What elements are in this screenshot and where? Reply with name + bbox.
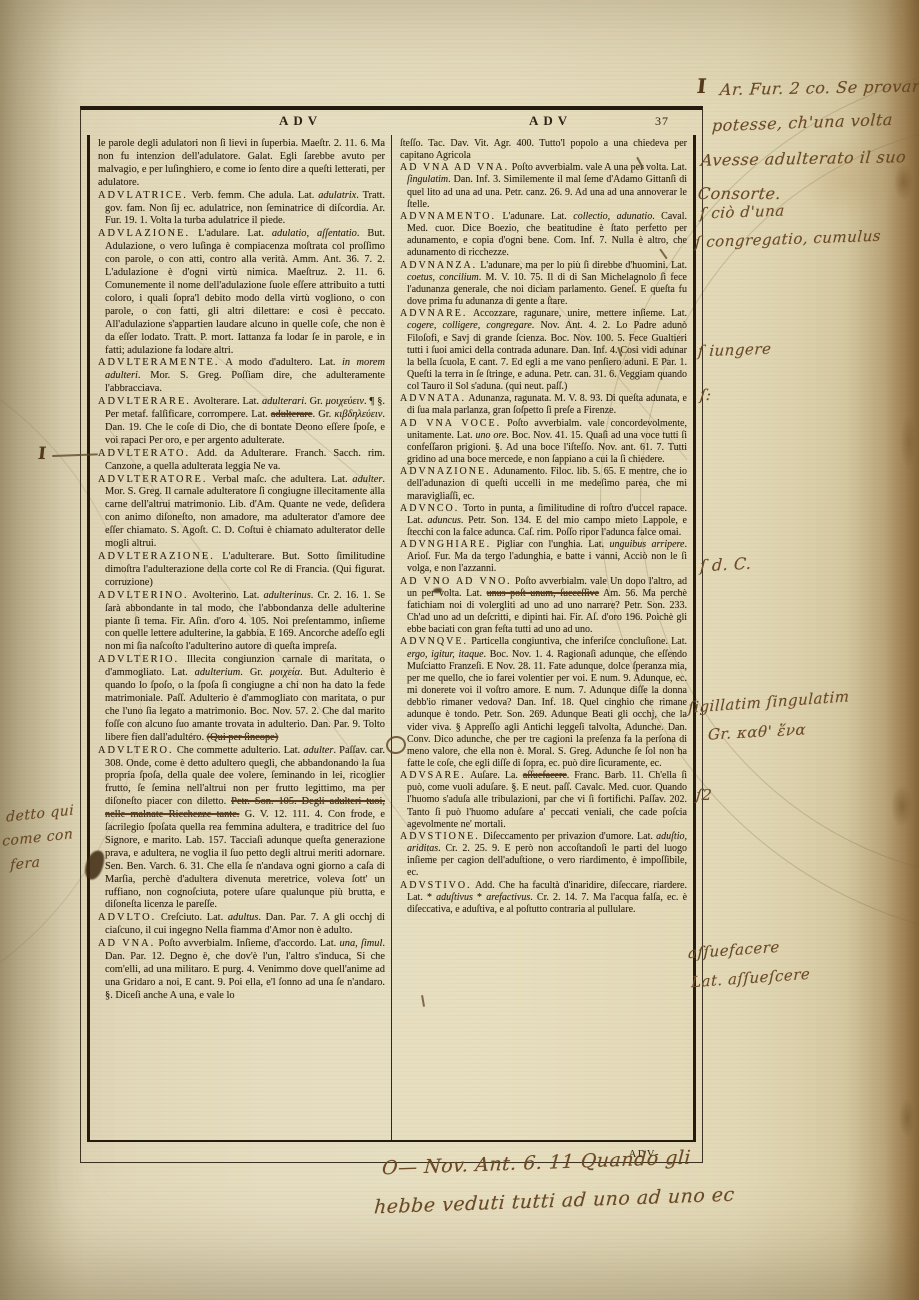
entry-headword: ADVLAZIONE. xyxy=(98,228,190,239)
running-head-right: ADV xyxy=(529,113,572,129)
text-block: le parole degli adulatori non ſi lievi i… xyxy=(87,135,696,1142)
entry-headword: AD VNA AD VNA. xyxy=(400,162,509,173)
entry-headword: ADVNATA. xyxy=(400,393,466,404)
printed-text-frame: ADV ADV 37 le parole degli adulatori non… xyxy=(80,106,703,1163)
dictionary-entry: ADVLTO. Creſciuto. Lat. adultus. Dan. Pa… xyxy=(98,912,385,938)
handwritten-note: Lat. aſſueſcere xyxy=(691,965,811,991)
handwritten-note: ſ iungere xyxy=(697,340,772,361)
handwritten-note: ſigillatim ſingulatim xyxy=(688,687,850,716)
dictionary-entry: ADVLTERINO. Avolterino. Lat. adulterinus… xyxy=(98,590,385,655)
entry-headword: ADVLTERAZIONE. xyxy=(98,551,215,562)
dictionary-entry: ADVNARE. Accozzare, ragunare, unire, met… xyxy=(400,308,687,393)
dictionary-entry: ADVLTERAMENTE. A modo d'adultero. Lat. i… xyxy=(98,357,385,396)
entry-headword: AD VNO AD VNO. xyxy=(400,576,512,587)
entry-headword: AD VNA. xyxy=(98,938,155,949)
entry-headword: ADVLTERARE. xyxy=(98,396,191,407)
handwritten-note: potesse, ch'una volta xyxy=(711,110,893,135)
binding-shadow xyxy=(0,0,85,1300)
entry-headword: ADVNARE. xyxy=(400,308,467,319)
dictionary-entry: ADVSARE. Auſare. La. aſſuefacere. Franc.… xyxy=(400,770,687,831)
dictionary-entry: ſteſſo. Tac. Dav. Vit. Agr. 400. Tutto'l… xyxy=(400,138,687,162)
entry-headword: ADVSTIONE. xyxy=(400,831,480,842)
page-edge xyxy=(885,0,919,1300)
entry-headword: ADVLTERATO. xyxy=(98,448,190,459)
entry-headword: ADVNQVE. xyxy=(400,636,468,647)
dictionary-entry: ADVNQVE. Particella congiuntiva, che inf… xyxy=(400,636,687,770)
entry-headword: ADVLTO. xyxy=(98,912,156,923)
entry-headword: ADVSTIVO. xyxy=(400,880,472,891)
column-right: ſteſſo. Tac. Dav. Vit. Agr. 400. Tutto'l… xyxy=(392,135,693,1140)
dictionary-entry: ADVSTIONE. Diſeccamento per privazion d'… xyxy=(400,831,687,880)
dictionary-entry: AD VNA. Poſto avverbialm. Inſieme, d'acc… xyxy=(98,938,385,1003)
catchword: ADV- xyxy=(629,1149,660,1160)
entry-headword: ADVSARE. xyxy=(400,770,466,781)
dictionary-entry: ADVLATRICE. Verb. femm. Che adula. Lat. … xyxy=(98,190,385,229)
entry-headword: ADVLTERATORE. xyxy=(98,474,207,485)
entry-headword: ADVLTERINO. xyxy=(98,590,189,601)
entry-headword: ADVNAMENTO. xyxy=(400,211,496,222)
page-number: 37 xyxy=(655,114,669,129)
dictionary-entry: AD VNO AD VNO. Poſto avverbialm. vale Un… xyxy=(400,576,687,637)
dictionary-entry: ADVNAMENTO. L'adunare. Lat. collectio, a… xyxy=(400,211,687,260)
handwritten-note: ſ d. C. xyxy=(700,554,753,576)
handwritten-note: Avesse adulterato il suo xyxy=(700,147,907,170)
entry-headword: ADVNCO. xyxy=(400,503,459,514)
handwritten-note: ſ ciò d'una xyxy=(699,201,785,222)
entry-headword: ADVNANZA. xyxy=(400,260,477,271)
entry-headword: ADVNAZIONE. xyxy=(400,466,491,477)
running-head-left: ADV xyxy=(279,113,322,129)
dictionary-entry: ADVNGHIARE. Pigliar con l'unghia. Lat. u… xyxy=(400,539,687,575)
handwritten-note: hebbe veduti tutti ad uno ad uno ec xyxy=(373,1184,735,1219)
dictionary-entry: le parole degli adulatori non ſi lievi i… xyxy=(98,138,385,190)
column-left: le parole degli adulatori non ſi lievi i… xyxy=(90,135,392,1140)
entry-headword: ADVLTERAMENTE. xyxy=(98,357,219,368)
handwritten-note: Gr. καθ' ἕνα xyxy=(708,720,807,743)
dictionary-entry: ADVNAZIONE. Adunamento. Filoc. lib. 5. 6… xyxy=(400,466,687,502)
dictionary-entry: ADVNATA. Adunanza, ragunata. M. V. 8. 93… xyxy=(400,393,687,417)
scanned-page: ADV ADV 37 le parole degli adulatori non… xyxy=(0,0,919,1300)
entry-headword: ADVLATRICE. xyxy=(98,190,188,201)
paper-stain xyxy=(800,140,890,220)
dictionary-entry: ADVNCO. Torto in punta, a ſimilitudine d… xyxy=(400,503,687,539)
handwritten-note: I xyxy=(696,74,708,98)
running-head: ADV ADV 37 xyxy=(81,113,702,133)
dictionary-entry: ADVLTERARE. Avolterare. Lat. adulterari.… xyxy=(98,396,385,448)
dictionary-entry: ADVLTERAZIONE. L'adulterare. But. Sotto … xyxy=(98,551,385,590)
dictionary-entry: ADVLTERATO. Add. da Adulterare. Franch. … xyxy=(98,448,385,474)
dictionary-entry: ADVSTIVO. Add. Che ha facultà d'inaridir… xyxy=(400,880,687,916)
dictionary-entry: ADVLTERIO. Illecita congiunzion carnale … xyxy=(98,654,385,744)
dictionary-entry: ADVLTERATORE. Verbal maſc. che adultera.… xyxy=(98,474,385,551)
entry-headword: ADVLTERIO. xyxy=(98,654,179,665)
dictionary-entry: ADVNANZA. L'adunare, ma per lo più ſi di… xyxy=(400,260,687,309)
entry-headword: AD VNA VOCE. xyxy=(400,418,501,429)
dictionary-entry: AD VNA AD VNA. Poſto avverbialm. vale A … xyxy=(400,162,687,211)
entry-headword: ADVLTERO. xyxy=(98,745,174,756)
dictionary-entry: AD VNA VOCE. Poſto avverbialm. vale conc… xyxy=(400,418,687,467)
entry-headword: ADVNGHIARE. xyxy=(400,539,491,550)
dictionary-entry: ADVLTERO. Che commette adulterio. Lat. a… xyxy=(98,745,385,913)
handwritten-note: ſ congregatio, cumulus xyxy=(694,227,881,252)
dictionary-entry: ADVLAZIONE. L'adulare. Lat. adulatio, aſ… xyxy=(98,228,385,357)
handwritten-note: Consorte. xyxy=(697,184,782,203)
